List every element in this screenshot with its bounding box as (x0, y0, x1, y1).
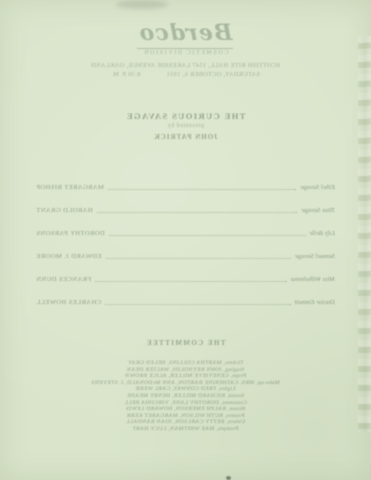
ghost-byline: presented by (0, 123, 371, 129)
cast-player: EDWARD J. MOORE (36, 253, 102, 260)
cast-row: Lily Belle DOROTHY PARSONS (36, 227, 335, 237)
ghost-logo: Berdco (0, 20, 371, 46)
paper-speck (226, 476, 231, 480)
scanned-program-page: Berdco COSMETIC DIVISION SCOTTISH RITE H… (0, 0, 371, 480)
cast-player: CHARLES HOWELL (36, 299, 101, 306)
cast-player: MARGARET BISHOP (36, 184, 104, 191)
cast-role: Lily Belle (310, 230, 335, 237)
committee-line: Posters, RUTH WILSON, MARGARET KERR (0, 413, 371, 420)
committee-line: House, RALPH EMERSON, HOWARD LEWIS (0, 406, 371, 413)
cast-role: Doctor Emmett (295, 299, 335, 306)
ghost-time: 8:30 P. M. (111, 71, 140, 78)
ghost-committee-list: Tickets, MARTHA COLLINS, HELEN GRAY Stag… (0, 360, 371, 433)
cast-role: Samuel Savage (295, 253, 335, 260)
committee-line: Sound, RICHARD MILLER, HENRY MEADE (0, 393, 371, 400)
cast-role: Ethel Savage (300, 184, 335, 191)
ghost-date: SATURDAY, OCTOBER 6, 1951 (166, 71, 260, 78)
ghost-cast-list: Ethel Savage MARGARET BISHOP Titus Savag… (36, 181, 335, 319)
committee-line: Ushers, BETTY CARLSON, JOAN RANDALL (0, 419, 371, 426)
committee-line: Costumes, DOROTHY LANE, VIRGINIA BELL (0, 400, 371, 407)
cast-player: HAROLD GRANT (36, 207, 93, 214)
dotted-leader (97, 212, 298, 213)
dotted-leader (108, 189, 296, 190)
committee-line: Make-up, MRS. CATHERINE BARTON, ANN McDO… (0, 380, 371, 387)
committee-line: Props, GENEVIEVE MILLER, ALICE BROWN (0, 373, 371, 380)
cast-player: FRANCES DUNN (36, 276, 91, 283)
ghost-date-line: SATURDAY, OCTOBER 6, 19518:30 P. M. (0, 71, 371, 78)
cast-row: Doctor Emmett CHARLES HOWELL (36, 296, 335, 306)
cast-role: Titus Savage (301, 207, 335, 214)
dotted-leader (106, 258, 291, 259)
cast-row: Samuel Savage EDWARD J. MOORE (36, 250, 335, 260)
ghost-author: JOHN PATRICK (0, 133, 371, 141)
committee-line: Lights, FRED CONWAY, CARL WEBB (0, 386, 371, 393)
cast-row: Ethel Savage MARGARET BISHOP (36, 181, 335, 191)
cast-player: DOROTHY PARSONS (36, 230, 105, 237)
cast-row: Titus Savage HAROLD GRANT (36, 204, 335, 214)
ghost-committee-heading: THE COMMITTEE (0, 339, 371, 347)
ghost-play-title: THE CURIOUS SAVAGE (0, 111, 371, 121)
bleed-through-layer: Berdco COSMETIC DIVISION SCOTTISH RITE H… (0, 0, 371, 480)
committee-line: Prompts, MAE WHITMAN, LUCY HART (0, 426, 371, 433)
dotted-leader (109, 235, 306, 236)
ghost-venue-line: SCOTTISH RITE HALL, 1547 LAKESIDE AVENUE… (0, 62, 371, 69)
cast-row: Miss Wilhelmina FRANCES DUNN (36, 273, 335, 283)
committee-line: Tickets, MARTHA COLLINS, HELEN GRAY (0, 360, 371, 367)
committee-line: Staging, JOHN REYNOLDS, WALTER DEAN (0, 367, 371, 374)
dotted-leader (105, 304, 290, 305)
dotted-leader (95, 281, 287, 282)
cast-role: Miss Wilhelmina (291, 276, 335, 283)
ghost-tagline: COSMETIC DIVISION (0, 50, 371, 56)
deckled-paper-edge (358, 36, 371, 432)
logo-rule (137, 48, 233, 49)
